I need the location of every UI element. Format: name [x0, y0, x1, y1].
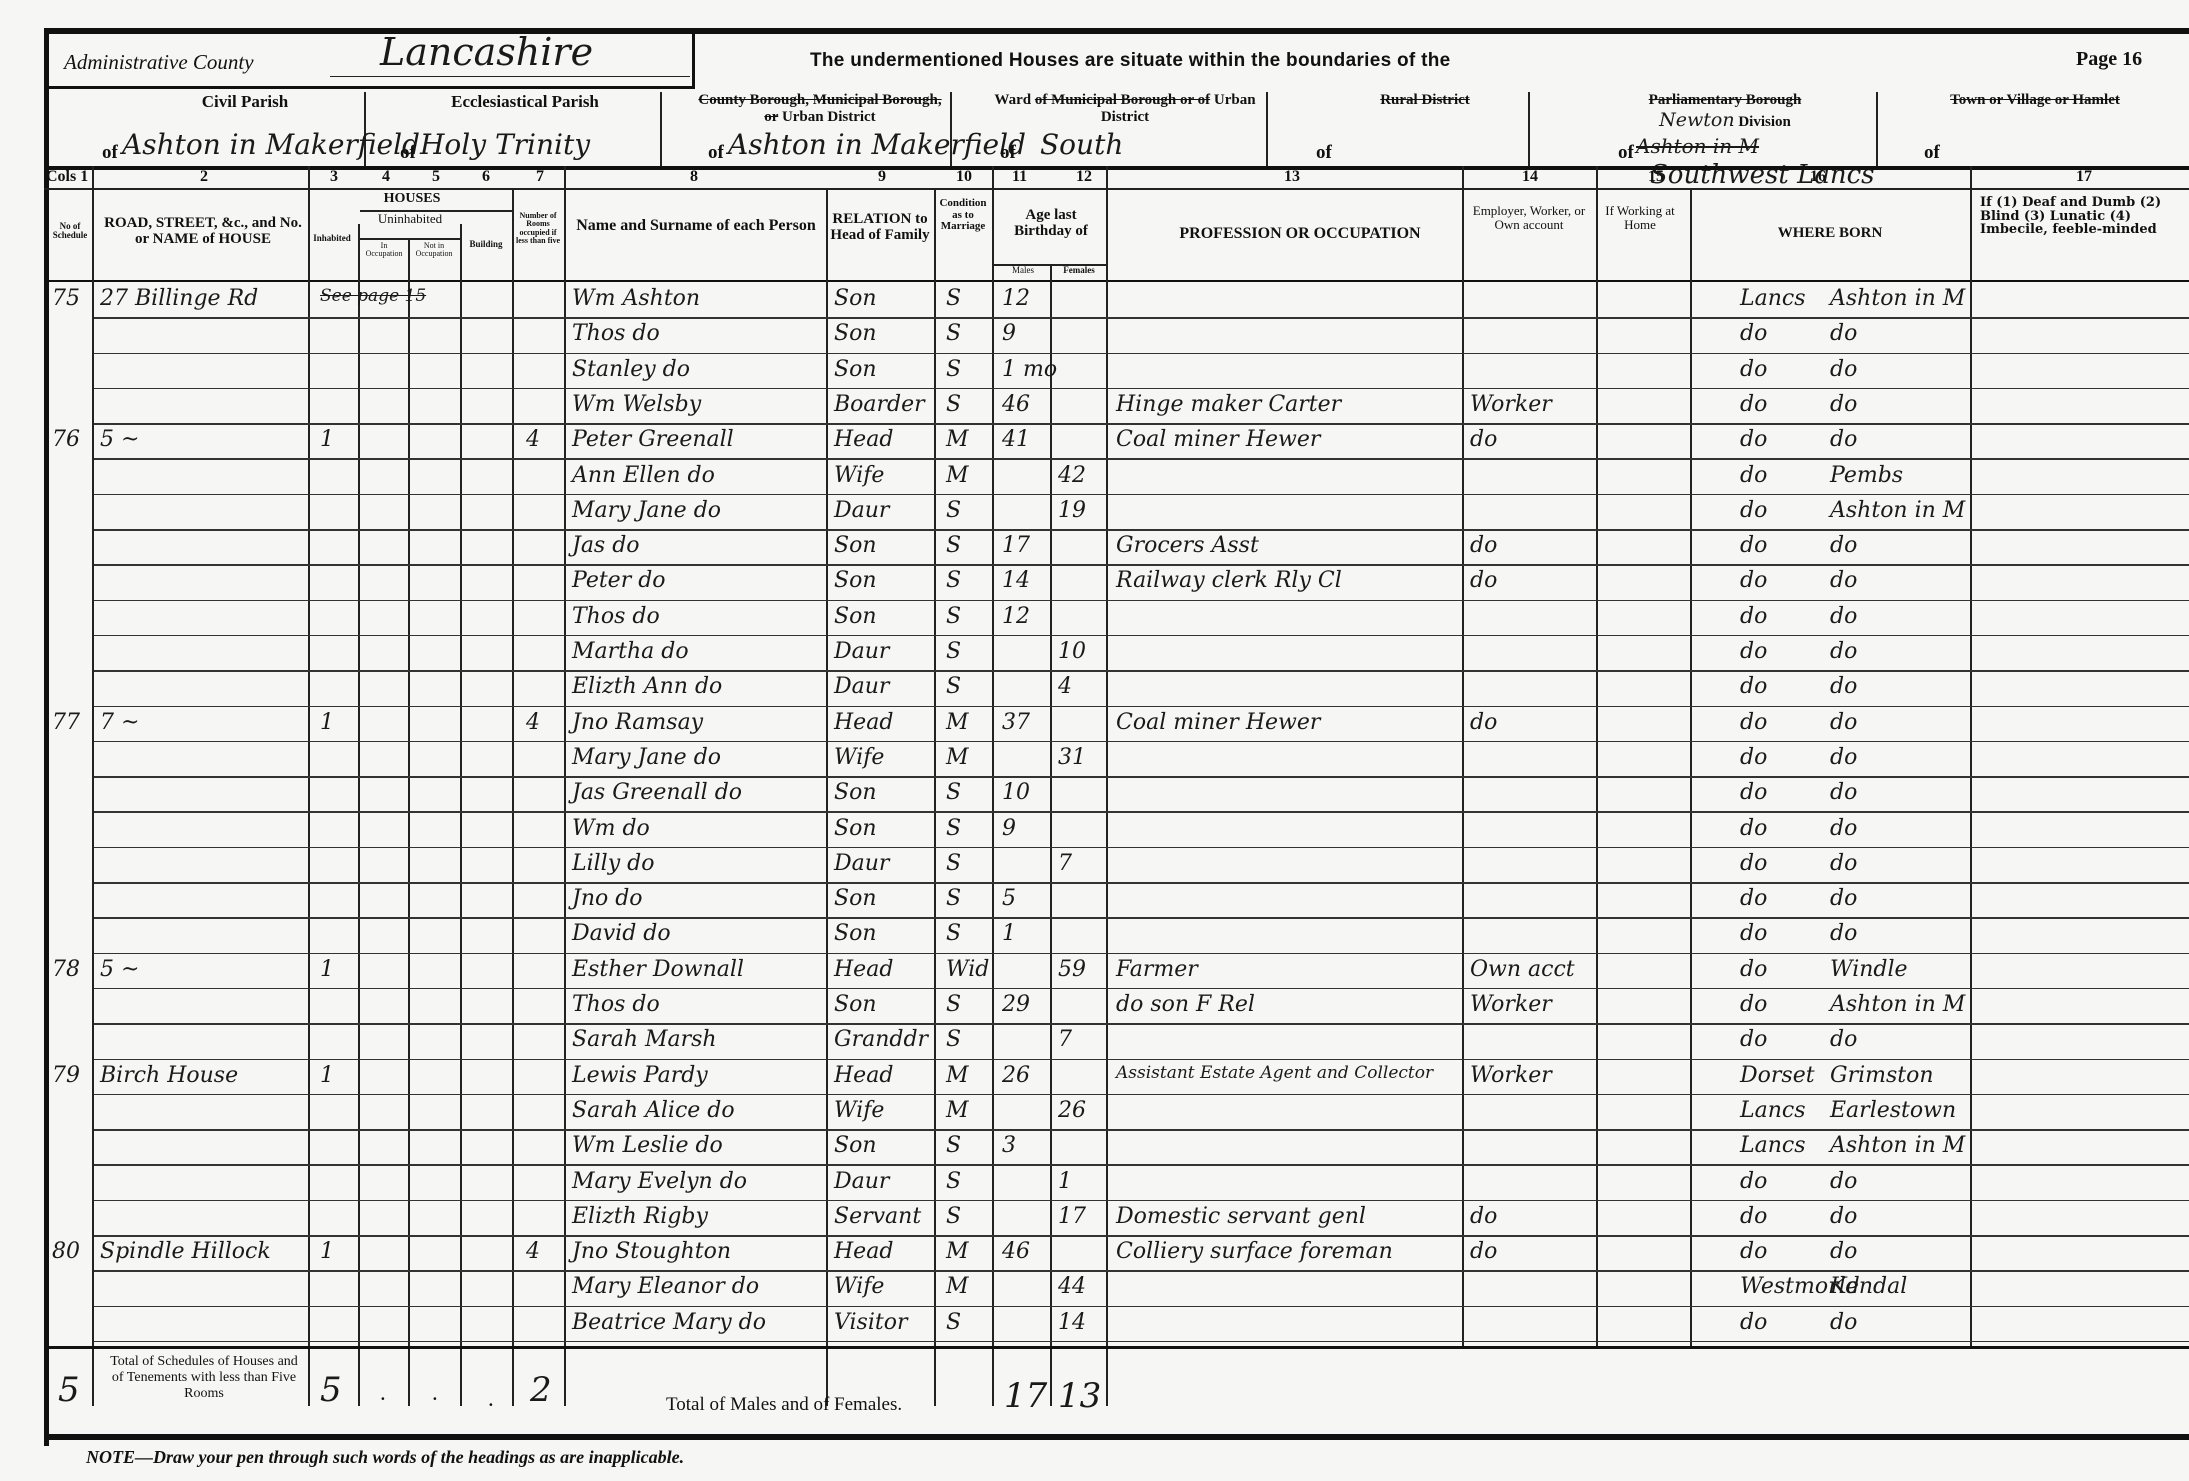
of-label: of [708, 142, 724, 164]
born-county: do [1740, 463, 1767, 488]
table-row: Wm WelsbyBoarderS46Hinge maker CarterWor… [0, 390, 2189, 425]
occupation: Farmer [1116, 957, 1198, 982]
total-females: 13 [1058, 1376, 1101, 1416]
of-label: of [1618, 142, 1634, 164]
table-row: Ann Ellen doWifeM42doPembs [0, 461, 2189, 496]
employer-status: do [1470, 427, 1497, 452]
born-county: do [1740, 992, 1767, 1017]
person-name: Mary Eleanor do [572, 1274, 759, 1299]
page-number: Page 16 [2076, 48, 2142, 71]
col-num: 15 [1648, 168, 1664, 186]
header-employer: Employer, Worker, or Own account [1466, 204, 1592, 231]
relation: Head [834, 710, 893, 735]
col-num: 11 [1012, 168, 1027, 186]
totals-top-border [44, 1346, 2189, 1349]
marital-condition: S [946, 1204, 961, 1229]
born-place: do [1830, 1027, 1857, 1052]
rural-district-label: Rural District [1340, 92, 1510, 109]
person-name: Beatrice Mary do [572, 1310, 766, 1335]
person-name: Thos do [572, 992, 660, 1017]
born-county: do [1740, 745, 1767, 770]
marital-condition: S [946, 533, 961, 558]
age-male: 17 [1002, 533, 1030, 558]
person-name: Sarah Marsh [572, 1027, 717, 1052]
born-county: do [1740, 498, 1767, 523]
header-in-occupation: In Occupation [362, 242, 406, 259]
born-county: do [1740, 321, 1767, 346]
town-village-label: Town or Village or Hamlet [1915, 92, 2155, 109]
born-place: do [1830, 639, 1857, 664]
header-name: Name and Surname of each Person [576, 218, 816, 235]
marital-condition: S [946, 498, 961, 523]
marital-condition: M [946, 427, 969, 452]
marital-condition: M [946, 1098, 969, 1123]
table-row: Mary Evelyn doDaurS1dodo [0, 1167, 2189, 1202]
total-schedules: 5 [58, 1370, 80, 1410]
employer-status: do [1470, 1239, 1497, 1264]
urban-district-value: Ashton in Makerfield [728, 128, 1026, 161]
col-num: 17 [2076, 168, 2092, 186]
person-name: Martha do [572, 639, 689, 664]
relation: Daur [834, 498, 889, 523]
person-name: Jas do [572, 533, 640, 558]
marital-condition: S [946, 568, 961, 593]
born-place: Windle [1830, 957, 1908, 982]
marital-condition: M [946, 1274, 969, 1299]
col-num: Cols 1 [46, 168, 88, 186]
marital-condition: M [946, 1063, 969, 1088]
table-row: 785 ~1Esther DownallHeadWid59FarmerOwn a… [0, 955, 2189, 990]
marital-condition: S [946, 780, 961, 805]
col-num: 10 [956, 168, 972, 186]
born-place: Ashton in M [1830, 992, 1965, 1017]
marital-condition: S [946, 321, 961, 346]
table-row: Martha doDaurS10dodo [0, 637, 2189, 672]
relation: Son [834, 1133, 877, 1158]
born-county: do [1740, 639, 1767, 664]
age-female: 7 [1058, 1027, 1072, 1052]
marital-condition: S [946, 816, 961, 841]
marital-condition: Wid [946, 957, 989, 982]
total-building: . [488, 1386, 494, 1412]
divider [1528, 92, 1530, 167]
person-name: David do [572, 921, 671, 946]
struck-text: of Municipal Borough or of [1035, 92, 1210, 108]
born-place: do [1830, 745, 1857, 770]
born-place: do [1830, 816, 1857, 841]
inhabited-count: 1 [320, 710, 334, 735]
row-line [94, 1341, 2189, 1343]
employer-status: do [1470, 1204, 1497, 1229]
table-row: Sarah MarshGranddrS7dodo [0, 1025, 2189, 1060]
table-row: Beatrice Mary doVisitorS14dodo [0, 1308, 2189, 1343]
header-intro: The undermentioned Houses are situate wi… [810, 50, 1451, 72]
age-male: 10 [1002, 780, 1030, 805]
employer-status: Worker [1470, 992, 1552, 1017]
inhabited-count: See page 15 [320, 286, 426, 306]
col-num: 7 [536, 168, 544, 186]
header-not-in-occupation: Not in Occupation [410, 242, 458, 259]
age-female: 1 [1058, 1169, 1072, 1194]
table-row: Jas Greenall doSonS10dodo [0, 778, 2189, 813]
born-county: do [1740, 886, 1767, 911]
born-county: do [1740, 851, 1767, 876]
table-row: Wm Leslie doSonS3LancsAshton in M [0, 1131, 2189, 1166]
relation: Servant [834, 1204, 921, 1229]
relation: Wife [834, 463, 884, 488]
relation: Son [834, 992, 877, 1017]
marital-condition: S [946, 886, 961, 911]
schedule-number: 77 [52, 710, 80, 735]
born-county: do [1740, 921, 1767, 946]
total-inhabited: 5 [320, 1370, 342, 1410]
civil-parish-value: Ashton in Makerfield [122, 128, 420, 161]
born-place: do [1830, 1310, 1857, 1335]
relation: Wife [834, 1274, 884, 1299]
total-in-occ: . [380, 1380, 386, 1406]
age-male: 3 [1002, 1133, 1016, 1158]
employer-status: do [1470, 710, 1497, 735]
header-houses: HOUSES [312, 192, 512, 207]
marital-condition: S [946, 1133, 961, 1158]
table-row: Thos doSonS12dodo [0, 602, 2189, 637]
born-county: do [1740, 568, 1767, 593]
marital-condition: M [946, 1239, 969, 1264]
age-female: 44 [1058, 1274, 1086, 1299]
relation: Daur [834, 674, 889, 699]
age-female: 10 [1058, 639, 1086, 664]
relation: Son [834, 286, 877, 311]
born-place: do [1830, 921, 1857, 946]
civil-parish-label: Civil Parish [120, 92, 370, 112]
eccl-parish-value: Holy Trinity [420, 128, 590, 161]
marital-condition: S [946, 639, 961, 664]
header-uninhabited: Uninhabited [360, 212, 460, 226]
person-name: Wm do [572, 816, 650, 841]
col-num: 16 [1810, 168, 1826, 186]
total-persons-label: Total of Males and of Females. [666, 1394, 902, 1416]
age-female: 31 [1058, 745, 1086, 770]
age-subline [994, 264, 1106, 266]
divider [660, 92, 662, 167]
county-value: Lancashire [380, 30, 593, 74]
age-male: 12 [1002, 604, 1030, 629]
born-place: do [1830, 674, 1857, 699]
born-place: do [1830, 533, 1857, 558]
col-num: 13 [1284, 168, 1300, 186]
marital-condition: S [946, 357, 961, 382]
born-county: do [1740, 957, 1767, 982]
born-place: Kendal [1830, 1274, 1907, 1299]
age-male: 5 [1002, 886, 1016, 911]
table-row: Mary Eleanor doWifeM44WestmorldKendal [0, 1272, 2189, 1307]
born-county: Lancs [1740, 286, 1806, 311]
marital-condition: S [946, 921, 961, 946]
county-underline [330, 76, 690, 77]
born-county: do [1740, 674, 1767, 699]
born-place: do [1830, 710, 1857, 735]
table-row: Thos doSonS9dodo [0, 319, 2189, 354]
header-condition: Condition as to Marriage [938, 198, 988, 233]
born-place: do [1830, 1204, 1857, 1229]
person-name: Thos do [572, 321, 660, 346]
table-row: Wm doSonS9dodo [0, 814, 2189, 849]
struck-text: Parliamentary Borough [1649, 92, 1802, 108]
census-page: Administrative County Lancashire The und… [0, 0, 2189, 1481]
note-text: NOTE—Draw your pen through such words of… [86, 1447, 684, 1468]
table-row: Elizth RigbyServantS17Domestic servant g… [0, 1202, 2189, 1237]
occupation: Colliery surface foreman [1116, 1239, 1393, 1264]
of-label: of [400, 142, 416, 164]
born-place: do [1830, 780, 1857, 805]
rooms-count: 4 [526, 1239, 540, 1264]
marital-condition: S [946, 851, 961, 876]
divider [1876, 92, 1878, 167]
total-rooms: 2 [530, 1370, 552, 1410]
marital-condition: S [946, 392, 961, 417]
header-females: Females [1052, 266, 1106, 275]
inhabited-count: 1 [320, 1063, 334, 1088]
urban-district-label: County Borough, Municipal Borough, or Ur… [690, 92, 950, 126]
born-place: Ashton in M [1830, 498, 1965, 523]
marital-condition: S [946, 992, 961, 1017]
table-row: Elizth Ann doDaurS4dodo [0, 672, 2189, 707]
age-female: 26 [1058, 1098, 1086, 1123]
born-county: do [1740, 1169, 1767, 1194]
marital-condition: S [946, 674, 961, 699]
marital-condition: M [946, 745, 969, 770]
inhabited-count: 1 [320, 1239, 334, 1264]
road-address: Spindle Hillock [100, 1239, 271, 1264]
road-address: 5 ~ [100, 427, 139, 452]
table-row: Sarah Alice doWifeM26LancsEarlestown [0, 1096, 2189, 1131]
born-place: do [1830, 1239, 1857, 1264]
age-female: 59 [1058, 957, 1086, 982]
born-place: do [1830, 357, 1857, 382]
born-county: do [1740, 392, 1767, 417]
header-relation: RELATION to Head of Family [828, 212, 932, 244]
age-male: 41 [1002, 427, 1030, 452]
age-male: 26 [1002, 1063, 1030, 1088]
age-male: 14 [1002, 568, 1030, 593]
table-row: 80Spindle Hillock14Jno StoughtonHeadM46C… [0, 1237, 2189, 1272]
age-female: 7 [1058, 851, 1072, 876]
occupation: Railway clerk Rly Cl [1116, 568, 1342, 593]
header-rooms: Number of Rooms occupied if less than fi… [514, 212, 562, 246]
road-address: 27 Billinge Rd [100, 286, 258, 311]
employer-status: Worker [1470, 392, 1552, 417]
born-county: do [1740, 427, 1767, 452]
born-county: do [1740, 1239, 1767, 1264]
born-county: do [1740, 816, 1767, 841]
of-label: of [102, 142, 118, 164]
relation: Son [834, 533, 877, 558]
table-row: Mary Jane doWifeM31dodo [0, 743, 2189, 778]
born-county: do [1740, 780, 1767, 805]
marital-condition: S [946, 1310, 961, 1335]
born-county: do [1740, 604, 1767, 629]
parliamentary-value: Southwest Lancs [1650, 160, 1875, 190]
uninhabited-subline [360, 238, 460, 240]
age-male: 9 [1002, 816, 1016, 841]
age-female: 17 [1058, 1204, 1086, 1229]
header-males: Males [996, 266, 1050, 275]
table-row: 7527 Billinge RdSee page 15Wm AshtonSonS… [0, 284, 2189, 319]
eccl-parish-label: Ecclesiastical Parish [380, 92, 670, 112]
table-row: Jas doSonS17Grocers Asstdododo [0, 531, 2189, 566]
person-name: Wm Welsby [572, 392, 701, 417]
relation: Son [834, 816, 877, 841]
marital-condition: M [946, 710, 969, 735]
person-name: Ann Ellen do [572, 463, 715, 488]
table-row: Peter doSonS14Railway clerk Rly Cldododo [0, 566, 2189, 601]
header-born: WHERE BORN [1690, 226, 1970, 242]
parliamentary-label: Parliamentary Borough Newton Division [1600, 92, 1850, 131]
occupation: Assistant Estate Agent and Collector [1116, 1063, 1433, 1083]
person-name: Wm Ashton [572, 286, 700, 311]
col-num: 3 [330, 168, 338, 186]
person-name: Lilly do [572, 851, 654, 876]
divider [1266, 92, 1268, 167]
born-place: Pembs [1830, 463, 1903, 488]
age-female: 42 [1058, 463, 1086, 488]
relation: Boarder [834, 392, 925, 417]
born-county: do [1740, 1310, 1767, 1335]
person-name: Wm Leslie do [572, 1133, 723, 1158]
relation: Head [834, 1063, 893, 1088]
header-schedule: No of Schedule [48, 222, 92, 241]
employer-status: do [1470, 533, 1497, 558]
schedule-number: 75 [52, 286, 80, 311]
age-male: 1 [1002, 921, 1016, 946]
born-county: Lancs [1740, 1133, 1806, 1158]
relation: Son [834, 357, 877, 382]
schedule-number: 76 [52, 427, 80, 452]
header-infirm: If (1) Deaf and Dumb (2) Blind (3) Lunat… [1980, 196, 2180, 237]
marital-condition: S [946, 1169, 961, 1194]
person-name: Jno do [572, 886, 643, 911]
relation: Daur [834, 851, 889, 876]
schedule-number: 78 [52, 957, 80, 982]
born-place: do [1830, 886, 1857, 911]
header-age: Age last Birthday of [996, 208, 1106, 240]
age-male: 37 [1002, 710, 1030, 735]
occupation: Coal miner Hewer [1116, 710, 1320, 735]
relation: Son [834, 886, 877, 911]
relation: Wife [834, 1098, 884, 1123]
col-num: 8 [690, 168, 698, 186]
marital-condition: M [946, 463, 969, 488]
relation: Head [834, 1239, 893, 1264]
header-bottom-border [44, 280, 2189, 282]
ward-label: Ward of Municipal Borough or of Urban Di… [990, 92, 1260, 126]
person-name: Mary Jane do [572, 498, 721, 523]
table-row: Thos doSonS29do son F RelWorkerdoAshton … [0, 990, 2189, 1025]
person-name: Jno Stoughton [572, 1239, 731, 1264]
born-county: do [1740, 357, 1767, 382]
born-place: Grimston [1830, 1063, 1934, 1088]
urban-district-text: Urban District [782, 109, 876, 125]
table-row: Lilly doDaurS7dodo [0, 849, 2189, 884]
relation: Son [834, 780, 877, 805]
table-row: 777 ~14Jno RamsayHeadM37Coal miner Hewer… [0, 708, 2189, 743]
road-address: 7 ~ [100, 710, 139, 735]
total-not-in-occ: . [432, 1380, 438, 1406]
schedule-number: 80 [52, 1239, 80, 1264]
employer-status: Own acct [1470, 957, 1575, 982]
table-top-border [44, 166, 2189, 170]
table-row: 765 ~14Peter GreenallHeadM41Coal miner H… [0, 425, 2189, 460]
person-name: Elizth Rigby [572, 1204, 708, 1229]
age-female: 4 [1058, 674, 1072, 699]
col-num: 5 [432, 168, 440, 186]
occupation: Grocers Asst [1116, 533, 1259, 558]
parliamentary-value-struck: Ashton in M [1636, 134, 1759, 158]
person-name: Elizth Ann do [572, 674, 722, 699]
county-label: Administrative County [64, 50, 254, 75]
relation: Son [834, 604, 877, 629]
ward-text: Ward [994, 92, 1031, 108]
col-num: 2 [200, 168, 208, 186]
age-male: 1 mo [1002, 357, 1057, 382]
total-males: 17 [1004, 1376, 1047, 1416]
table-row: David doSonS1dodo [0, 919, 2189, 954]
occupation: Domestic servant genl [1116, 1204, 1366, 1229]
header-road: ROAD, STREET, &c., and No. or NAME of HO… [98, 216, 308, 248]
colnum-separator [44, 188, 2189, 190]
age-male: 29 [1002, 992, 1030, 1017]
person-name: Jas Greenall do [572, 780, 742, 805]
age-female: 19 [1058, 498, 1086, 523]
page-bottom-border [44, 1434, 2189, 1440]
age-male: 46 [1002, 392, 1030, 417]
employer-status: do [1470, 568, 1497, 593]
relation: Visitor [834, 1310, 907, 1335]
rooms-count: 4 [526, 427, 540, 452]
total-schedules-label: Total of Schedules of Houses and of Tene… [104, 1354, 304, 1402]
col-num: 6 [482, 168, 490, 186]
age-female: 14 [1058, 1310, 1086, 1335]
rooms-count: 4 [526, 710, 540, 735]
person-name: Stanley do [572, 357, 690, 382]
born-place: do [1830, 321, 1857, 346]
table-row: Mary Jane doDaurS19doAshton in M [0, 496, 2189, 531]
occupation: Coal miner Hewer [1116, 427, 1320, 452]
born-county: do [1740, 710, 1767, 735]
col-num: 14 [1522, 168, 1538, 186]
table-row: Jno doSonS5dodo [0, 884, 2189, 919]
person-name: Peter do [572, 568, 666, 593]
marital-condition: S [946, 1027, 961, 1052]
header-occupation: PROFESSION OR OCCUPATION [1110, 226, 1490, 243]
col-num: 12 [1076, 168, 1092, 186]
person-name: Lewis Pardy [572, 1063, 708, 1088]
relation: Son [834, 321, 877, 346]
relation: Son [834, 568, 877, 593]
born-place: Ashton in M [1830, 286, 1965, 311]
marital-condition: S [946, 604, 961, 629]
inhabited-count: 1 [320, 957, 334, 982]
relation: Daur [834, 1169, 889, 1194]
person-name: Mary Evelyn do [572, 1169, 747, 1194]
relation: Head [834, 427, 893, 452]
schedule-number: 79 [52, 1063, 80, 1088]
occupation: Hinge maker Carter [1116, 392, 1341, 417]
col-num: 9 [878, 168, 886, 186]
person-name: Esther Downall [572, 957, 744, 982]
person-name: Peter Greenall [572, 427, 734, 452]
born-county: do [1740, 1204, 1767, 1229]
